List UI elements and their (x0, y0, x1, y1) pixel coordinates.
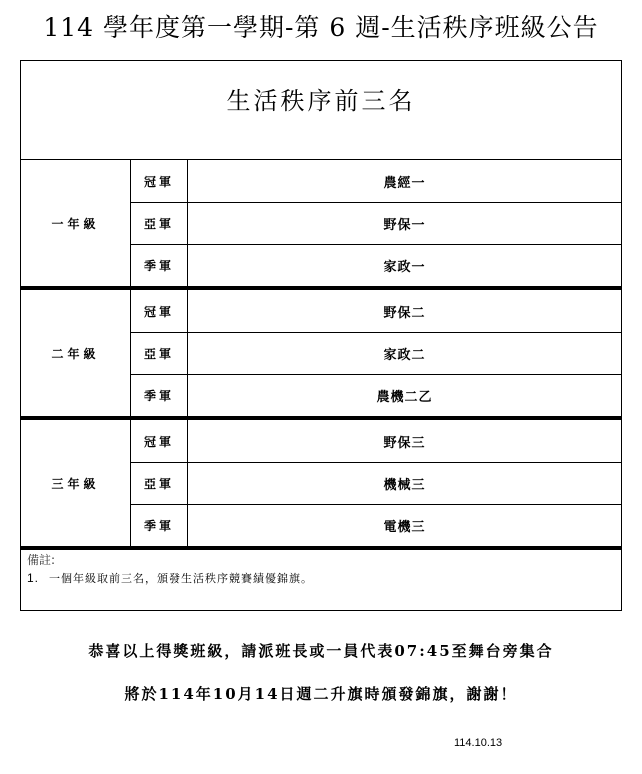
announcement-gathering: 恭喜以上得獎班級，請派班長或一員代表07:45至舞台旁集合 (0, 640, 642, 661)
notes-section: 備註: 1.一個年級取前三名，頒發生活秩序競賽績優錦旗。 (21, 550, 621, 610)
rank-label: 季軍 (131, 245, 188, 286)
class-name: 電機三 (188, 505, 621, 546)
grade-label: 三年級 (21, 420, 131, 546)
table-row: 亞軍 機械三 (131, 462, 621, 504)
ranking-table: 生活秩序前三名 一年級 冠軍 農經一 亞軍 野保一 季軍 家政一 二年級 冠軍 … (20, 60, 622, 611)
rank-label: 亞軍 (131, 203, 188, 244)
class-name: 農機二乙 (188, 375, 621, 416)
table-row: 季軍 農機二乙 (131, 374, 621, 416)
class-name: 野保二 (188, 290, 621, 332)
grade-section-1: 一年級 冠軍 農經一 亞軍 野保一 季軍 家政一 (21, 160, 621, 290)
rank-label: 冠軍 (131, 420, 188, 462)
date-stamp: 114.10.13 (454, 737, 502, 749)
class-name: 野保三 (188, 420, 621, 462)
document-title: 114 學年度第一學期-第 6 週-生活秩序班級公告 (0, 10, 642, 46)
table-row: 季軍 電機三 (131, 504, 621, 546)
table-row: 冠軍 野保二 (131, 290, 621, 332)
notes-item: 1.一個年級取前三名，頒發生活秩序競賽績優錦旗。 (27, 569, 615, 588)
notes-item-text: 一個年級取前三名，頒發生活秩序競賽績優錦旗。 (49, 572, 313, 585)
rank-label: 亞軍 (131, 463, 188, 504)
notes-label: 備註: (27, 552, 615, 569)
grade-label: 二年級 (21, 290, 131, 416)
class-name: 家政一 (188, 245, 621, 286)
notes-item-number: 1. (27, 571, 39, 585)
rank-label: 冠軍 (131, 290, 188, 332)
rank-label: 冠軍 (131, 160, 188, 202)
class-name: 機械三 (188, 463, 621, 504)
rank-label: 亞軍 (131, 333, 188, 374)
table-row: 亞軍 家政二 (131, 332, 621, 374)
table-row: 季軍 家政一 (131, 244, 621, 286)
grade-label: 一年級 (21, 160, 131, 286)
table-row: 亞軍 野保一 (131, 202, 621, 244)
announcement-award-date: 將於114年10月14日週二升旗時頒發錦旗，謝謝！ (0, 683, 642, 704)
table-row: 冠軍 農經一 (131, 160, 621, 202)
table-row: 冠軍 野保三 (131, 420, 621, 462)
class-name: 野保一 (188, 203, 621, 244)
class-name: 農經一 (188, 160, 621, 202)
grade-section-2: 二年級 冠軍 野保二 亞軍 家政二 季軍 農機二乙 (21, 290, 621, 420)
table-header: 生活秩序前三名 (21, 61, 621, 160)
grade-section-3: 三年級 冠軍 野保三 亞軍 機械三 季軍 電機三 (21, 420, 621, 550)
rank-label: 季軍 (131, 505, 188, 546)
class-name: 家政二 (188, 333, 621, 374)
rank-label: 季軍 (131, 375, 188, 416)
